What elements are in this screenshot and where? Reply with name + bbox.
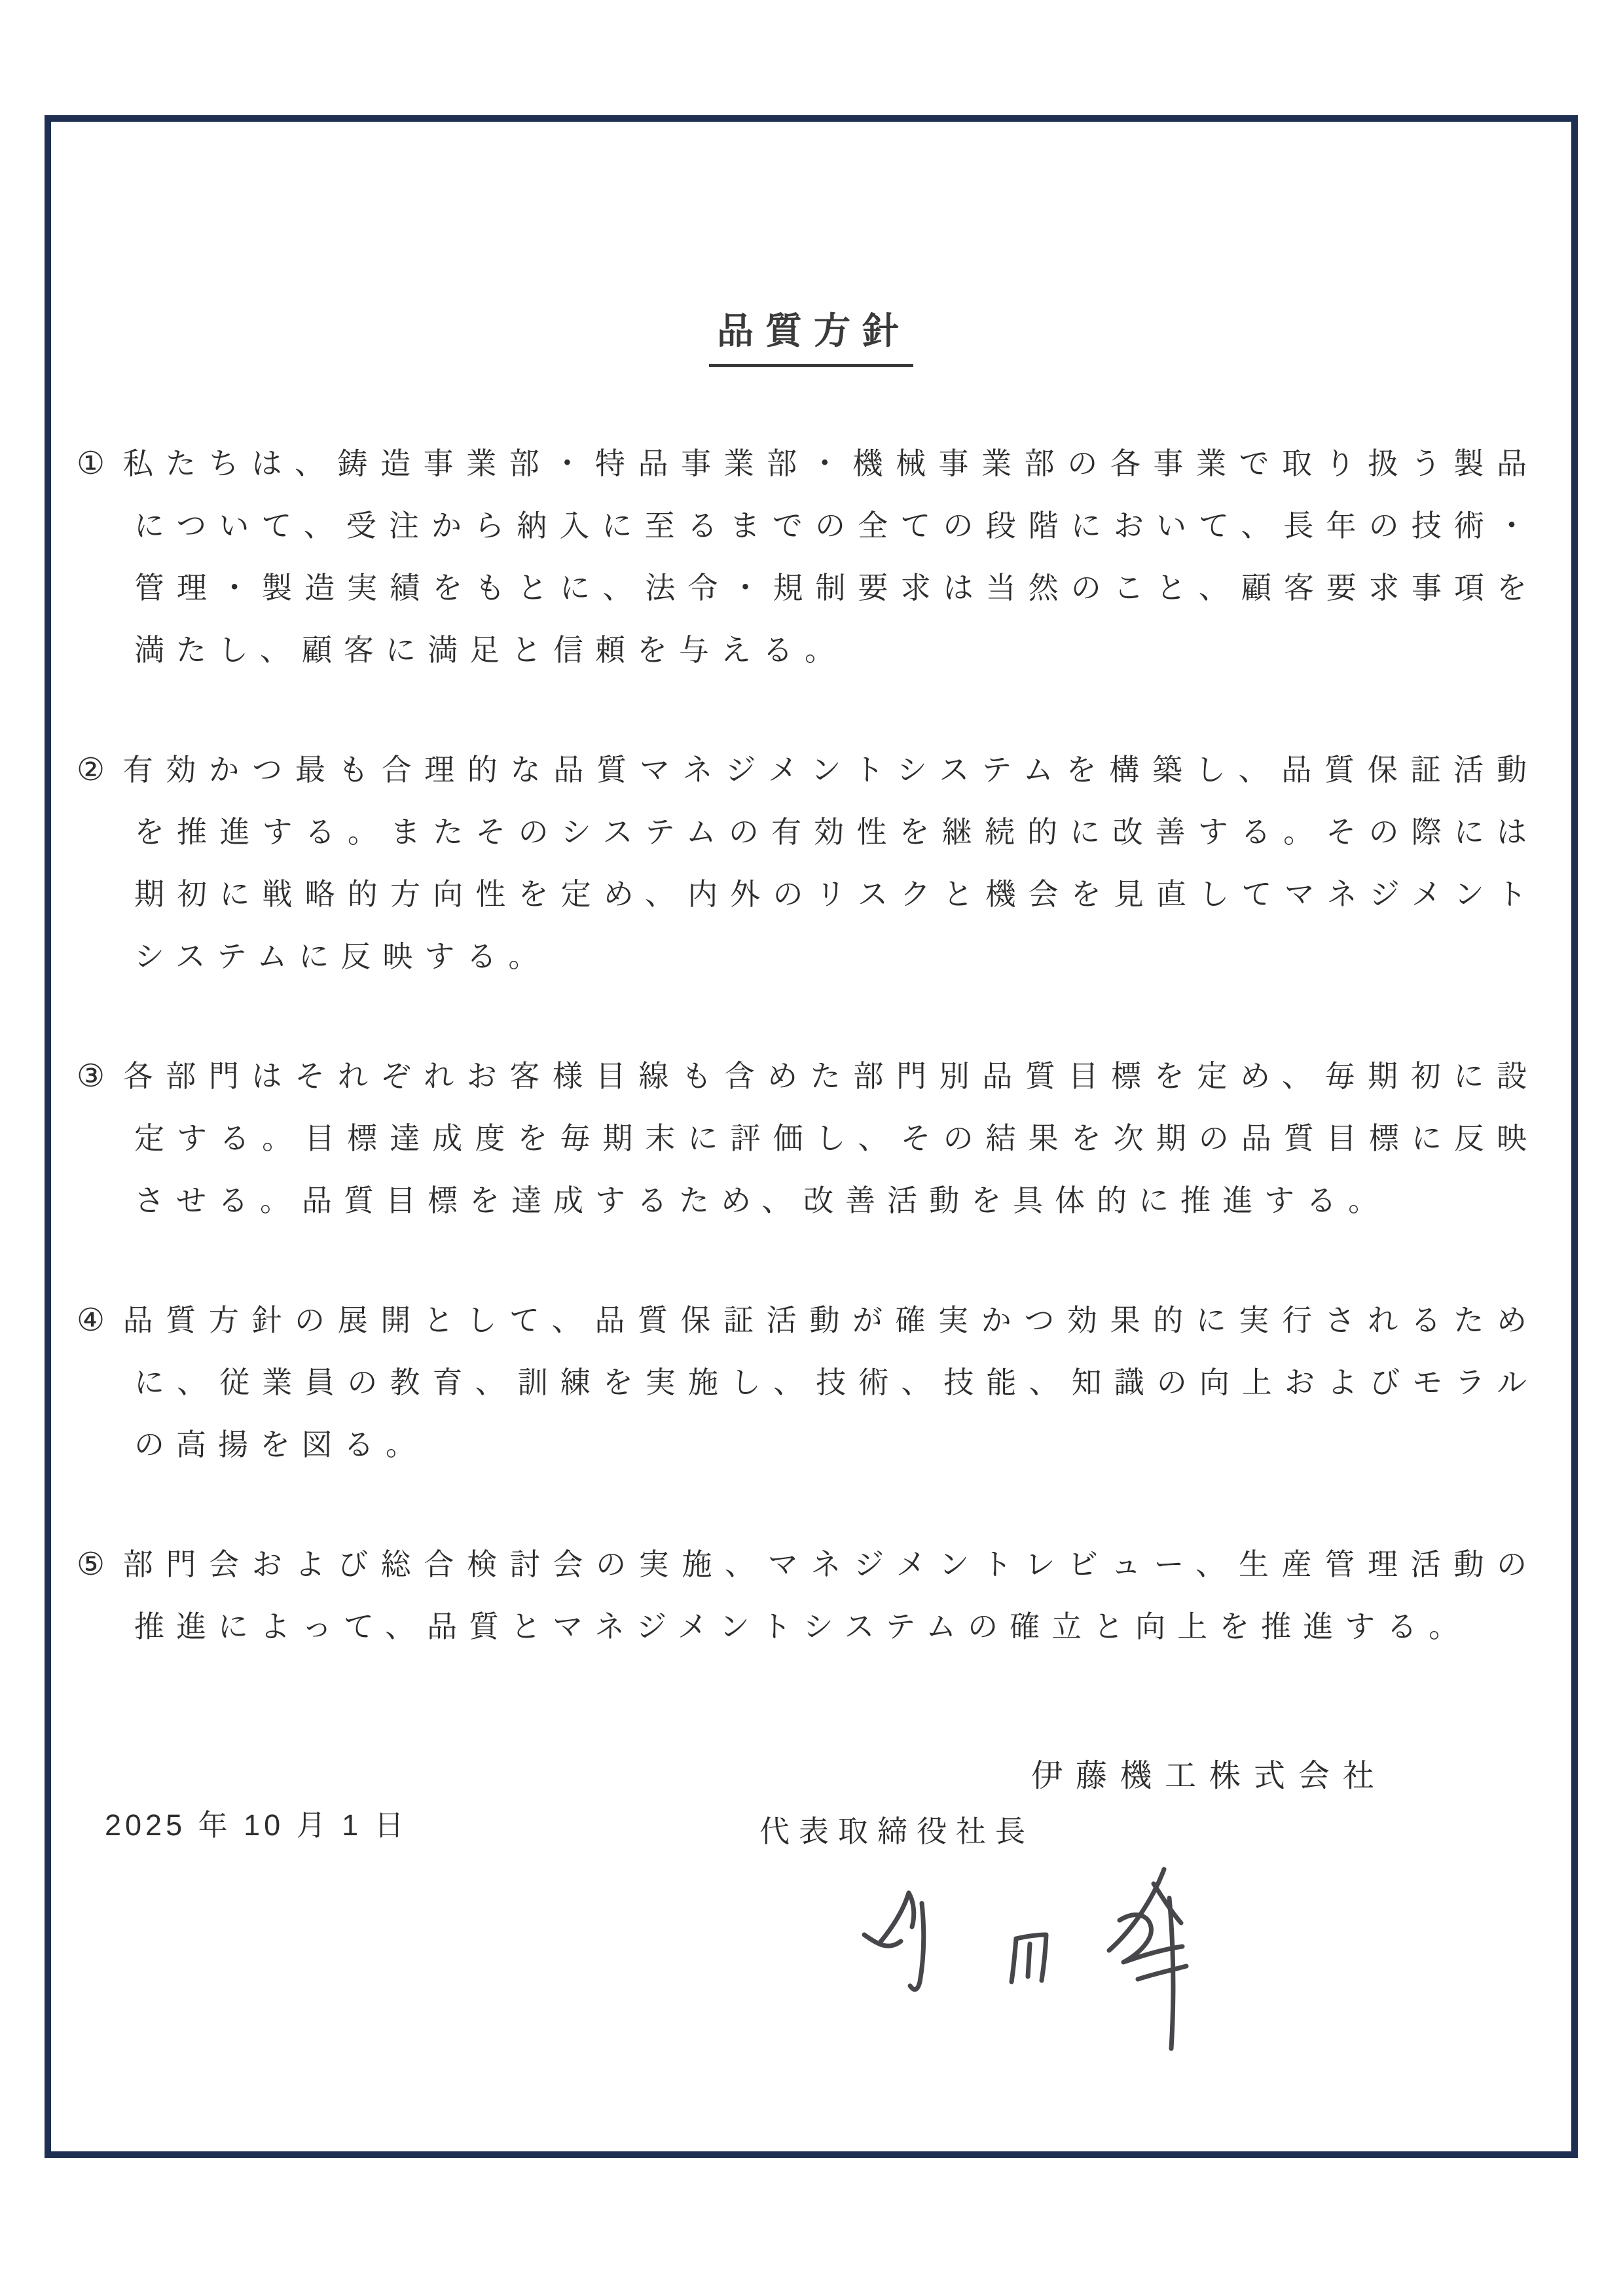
circled-number-4: ④	[77, 1303, 123, 1338]
policy-text-2: 有効かつ最も合理的な品質マネジメントシステムを構築し、品質保証活動を推進する。ま…	[123, 753, 1539, 973]
policy-item-1: ①私たちは、鋳造事業部・特品事業部・機械事業部の各事業で取り扱う製品について、受…	[134, 433, 1539, 681]
policy-item-5: ⑤部門会および総合検討会の実施、マネジメントレビュー、生産管理活動の推進によって…	[134, 1534, 1539, 1658]
policy-list: ①私たちは、鋳造事業部・特品事業部・機械事業部の各事業で取り扱う製品について、受…	[134, 433, 1539, 1658]
policy-item-3: ③各部門はそれぞれお客様目線も含めた部門別品質目標を定め、毎期初に設定する。目標…	[134, 1045, 1539, 1232]
policy-text-5: 部門会および総合検討会の実施、マネジメントレビュー、生産管理活動の推進によって、…	[123, 1547, 1539, 1643]
document-page: 品質方針 ①私たちは、鋳造事業部・特品事業部・機械事業部の各事業で取り扱う製品に…	[0, 0, 1623, 2296]
circled-number-1: ①	[77, 446, 123, 481]
policy-item-2: ②有効かつ最も合理的な品質マネジメントシステムを構築し、品質保証活動を推進する。…	[134, 739, 1539, 988]
circled-number-2: ②	[77, 753, 123, 787]
handwritten-signature-icon	[845, 1863, 1264, 2059]
page-title: 品質方針	[709, 302, 913, 367]
circled-number-5: ⑤	[77, 1547, 123, 1582]
policy-text-3: 各部門はそれぞれお客様目線も含めた部門別品質目標を定め、毎期初に設定する。目標達…	[123, 1059, 1539, 1217]
policy-item-4: ④品質方針の展開として、品質保証活動が確実かつ効果的に実行されるために、従業員の…	[134, 1289, 1539, 1476]
circled-number-3: ③	[77, 1059, 123, 1094]
policy-text-4: 品質方針の展開として、品質保証活動が確実かつ効果的に実行されるために、従業員の教…	[123, 1303, 1539, 1462]
issue-date: 2025 年 10 月 1 日	[105, 1801, 408, 1844]
border-frame: 品質方針 ①私たちは、鋳造事業部・特品事業部・機械事業部の各事業で取り扱う製品に…	[45, 115, 1578, 2158]
company-name: 伊藤機工株式会社	[1031, 1750, 1387, 1795]
signer-title: 代表取締役社長	[759, 1808, 1034, 1851]
policy-text-1: 私たちは、鋳造事業部・特品事業部・機械事業部の各事業で取り扱う製品について、受注…	[123, 446, 1539, 667]
